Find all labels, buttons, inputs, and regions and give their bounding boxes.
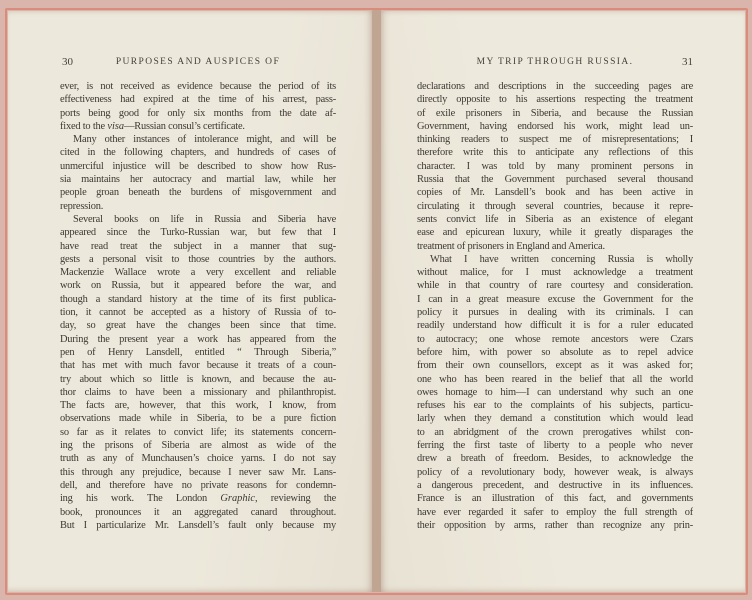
text-line: to an abridgment of the crown prerogativ… [417, 426, 693, 439]
text-line: to autocracy; one whose remote ancestors… [417, 333, 693, 346]
text-line: though a standard history at the time of… [60, 293, 336, 306]
text-line: dell, and therefore have no private reas… [60, 479, 336, 492]
text-line: so far as it relates to convict life; it… [60, 426, 336, 439]
text-line: thinking readers to suspect me of misrep… [417, 133, 693, 146]
text-line: have ever regarded it safer to employ th… [417, 506, 693, 519]
text-line: this through any prejudice, because I ne… [60, 466, 336, 479]
left-page: 30 PURPOSES AND AUSPICES OF ever, is not… [8, 11, 372, 592]
left-text-column: 30 PURPOSES AND AUSPICES OF ever, is not… [60, 11, 336, 532]
text-line: ports being good for only six months fro… [60, 107, 336, 120]
text-line: work on Russia, but it appeared before t… [60, 279, 336, 292]
text-line: ferring the first taste of liberty to a … [417, 439, 693, 452]
text-line: a dangerous precedent, and destructive i… [417, 479, 693, 492]
text-line: Mackenzie Wallace wrote a very excellent… [60, 266, 336, 279]
left-running-header: PURPOSES AND AUSPICES OF [60, 55, 336, 69]
text-line: before him, with power so absolute as to… [417, 346, 693, 359]
text-line: What I have written concerning Russia is… [417, 253, 693, 266]
book-gutter [372, 10, 381, 592]
text-line: policy of a revolutionary body, however … [417, 466, 693, 479]
text-line: circulating it through several countries… [417, 200, 693, 213]
text-line: one who has been reared in the belief th… [417, 373, 693, 386]
text-line: Many other instances of intolerance migh… [60, 133, 336, 146]
text-line: treatment of prisoners in England and Am… [417, 240, 693, 253]
text-line: cited in the following chapters, and hun… [60, 146, 336, 159]
text-line: I can in a great measure excuse the Gove… [417, 293, 693, 306]
text-line: tion, it cannot be accepted as a history… [60, 306, 336, 319]
text-line: larly when they demand a constitution wh… [417, 412, 693, 425]
left-page-number: 30 [62, 55, 73, 69]
text-line: book, pronounces it an aggregated canard… [60, 506, 336, 519]
text-line: policy it pursues in dealing with its cr… [417, 306, 693, 319]
left-header-row: 30 PURPOSES AND AUSPICES OF [60, 55, 336, 69]
text-line: without malice, for I must acknowledge a… [417, 266, 693, 279]
left-page-body-text: ever, is not received as evidence becaus… [60, 80, 336, 532]
right-page-body-text: declarations and descriptions in the suc… [417, 80, 693, 532]
text-line: thor claims to have been a missionary an… [60, 386, 336, 399]
text-line: effectiveness had expired at the time of… [60, 93, 336, 106]
text-line: that has met with much favor because it … [60, 359, 336, 372]
text-line: try about which so little is known, and … [60, 373, 336, 386]
text-line: ing his work. The London Graphic, review… [60, 492, 336, 505]
text-line: Russia that the Government purchased sev… [417, 173, 693, 186]
text-line: have read treat the subject in a manner … [60, 240, 336, 253]
text-line: readily understand how difficult it is f… [417, 319, 693, 332]
text-line: During the present year a work has appea… [60, 333, 336, 346]
text-line: their opposition by arms, rather than re… [417, 519, 693, 532]
text-line: drew a breath of freedom. Besides, to ac… [417, 452, 693, 465]
text-line: owes homage to him—I can understand why … [417, 386, 693, 399]
book-spread: 30 PURPOSES AND AUSPICES OF ever, is not… [0, 0, 752, 600]
text-line: refuses his ear to the complaints of his… [417, 399, 693, 412]
text-line: appeared since the Turko-Russian war, bu… [60, 226, 336, 239]
text-line: character. I was told by many prominent … [417, 160, 693, 173]
text-line: gests a personal visit to those countrie… [60, 253, 336, 266]
text-line: But I particularize Mr. Lansdell’s fault… [60, 519, 336, 532]
text-line: The facts are, however, that this work, … [60, 399, 336, 412]
text-line: sia maintains her autocracy and martial … [60, 173, 336, 186]
text-line: Government, having endorsed his work, mi… [417, 120, 693, 133]
right-header-row: MY TRIP THROUGH RUSSIA. 31 [417, 55, 693, 69]
text-line: while in that country of rare courtesy a… [417, 279, 693, 292]
text-line: people groan beneath the burdens of misg… [60, 186, 336, 199]
text-line: sents convict life in Siberia as an exis… [417, 213, 693, 226]
text-line: ever, is not received as evidence becaus… [60, 80, 336, 93]
text-line: therefore write this to anticipate any r… [417, 146, 693, 159]
text-line: of exile prisoners in Siberia, and becau… [417, 107, 693, 120]
text-line: fixed to the visa—Russian consul’s certi… [60, 120, 336, 133]
right-running-header: MY TRIP THROUGH RUSSIA. [417, 55, 693, 69]
text-line: pen of Henry Lansdell, entitled “ Throug… [60, 346, 336, 359]
text-line: repression. [60, 200, 336, 213]
text-line: copies of Mr. Lansdell’s book and has be… [417, 186, 693, 199]
text-line: France is an illustration of this fact, … [417, 492, 693, 505]
text-line: ease and epicurean luxury, while it grea… [417, 226, 693, 239]
text-line: ing the prisons of Siberia are almost as… [60, 439, 336, 452]
text-line: truth as any of Munchausen’s choice yarn… [60, 452, 336, 465]
text-line: declarations and descriptions in the suc… [417, 80, 693, 93]
text-line: day, so great have the changes been sinc… [60, 319, 336, 332]
text-line: observations made while in Siberia, to b… [60, 412, 336, 425]
text-line: unmerciful injustice will be described t… [60, 160, 336, 173]
right-page: MY TRIP THROUGH RUSSIA. 31 declarations … [381, 11, 745, 592]
right-page-number: 31 [682, 55, 693, 69]
text-line: directly opposite to his assertions resp… [417, 93, 693, 106]
text-line: Several books on life in Russia and Sibe… [60, 213, 336, 226]
text-line: from their own counsellors, except as it… [417, 359, 693, 372]
right-text-column: MY TRIP THROUGH RUSSIA. 31 declarations … [417, 11, 693, 532]
